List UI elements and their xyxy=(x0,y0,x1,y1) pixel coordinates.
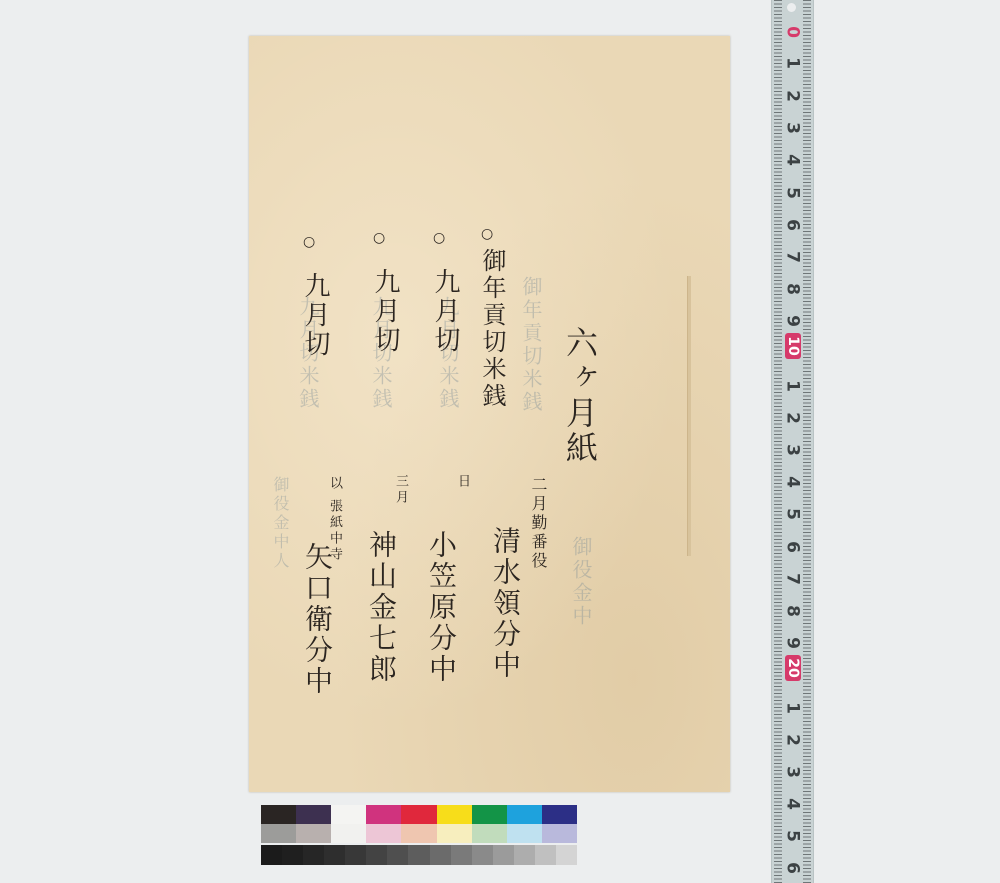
color-patch xyxy=(331,805,366,824)
color-patch xyxy=(542,824,577,843)
color-patch xyxy=(296,805,331,824)
color-patch xyxy=(437,824,472,843)
show-through-text: 御年貢切米銭 xyxy=(517,276,546,414)
text-column: 清水領分中 xyxy=(485,526,525,681)
column-header: 二月勤番役 xyxy=(527,476,550,571)
color-patch xyxy=(556,845,577,865)
column-header: 日 xyxy=(453,474,472,490)
color-patch xyxy=(331,824,366,843)
color-patch xyxy=(535,845,556,865)
ruler-label-20: 20 xyxy=(785,655,801,681)
color-patch xyxy=(493,845,514,865)
column-header: 三月 xyxy=(391,474,410,506)
color-patch xyxy=(324,845,345,865)
text-column: 九月切 xyxy=(367,268,404,355)
color-patch xyxy=(514,845,535,865)
color-patch xyxy=(303,845,324,865)
color-patch xyxy=(282,845,303,865)
color-patch xyxy=(451,845,472,865)
text-column: 小笠原分中 xyxy=(421,530,461,685)
color-patch xyxy=(542,805,577,824)
color-row-saturated xyxy=(261,805,577,824)
show-through-text: 御役金中人 xyxy=(269,476,292,571)
color-patch xyxy=(507,805,542,824)
text-column: 九月切 xyxy=(297,272,334,359)
color-patch xyxy=(366,805,401,824)
color-patch xyxy=(472,845,493,865)
color-row-tints xyxy=(261,824,577,843)
color-patch xyxy=(472,805,507,824)
tape-ticks-right xyxy=(803,0,811,883)
color-patch xyxy=(261,824,296,843)
page-fold-crease xyxy=(687,276,691,556)
circle-mark: ○ xyxy=(373,230,385,246)
color-patch xyxy=(430,845,451,865)
color-patch xyxy=(401,805,436,824)
color-patch xyxy=(437,805,472,824)
color-patch xyxy=(345,845,366,865)
color-patch xyxy=(507,824,542,843)
color-patch xyxy=(366,824,401,843)
show-through-text: 御役金中 xyxy=(567,536,596,628)
ruler-label-10: 10 xyxy=(785,333,801,359)
color-patch xyxy=(472,824,507,843)
text-column: 矢口衛分中 xyxy=(297,542,337,697)
text-column: 神山金七郎 xyxy=(361,530,401,685)
document-page: 御年貢切米銭 九月切米銭 九月切米銭 九月切米銭 御役金中 御役金中人 六ヶ月紙… xyxy=(249,36,730,792)
circle-mark: ○ xyxy=(481,226,493,242)
color-patch xyxy=(261,845,282,865)
ruler-label: 6 xyxy=(783,848,803,883)
text-column: 御年貢切米銭 xyxy=(475,248,510,410)
tape-ticks-left xyxy=(774,0,782,883)
circle-mark: ○ xyxy=(433,230,445,246)
title-column: 六ヶ月紙 xyxy=(557,326,603,466)
color-patch xyxy=(401,824,436,843)
color-patch xyxy=(366,845,387,865)
grayscale-strip xyxy=(261,845,577,865)
color-patch xyxy=(261,805,296,824)
text-column: 九月切 xyxy=(427,268,464,355)
measuring-tape: 0 1 2 3 4 5 6 7 8 9 10 1 2 3 4 5 6 7 8 9… xyxy=(771,0,814,883)
color-patch xyxy=(387,845,408,865)
color-patch xyxy=(408,845,429,865)
circle-mark: ○ xyxy=(303,234,315,250)
color-patch xyxy=(296,824,331,843)
